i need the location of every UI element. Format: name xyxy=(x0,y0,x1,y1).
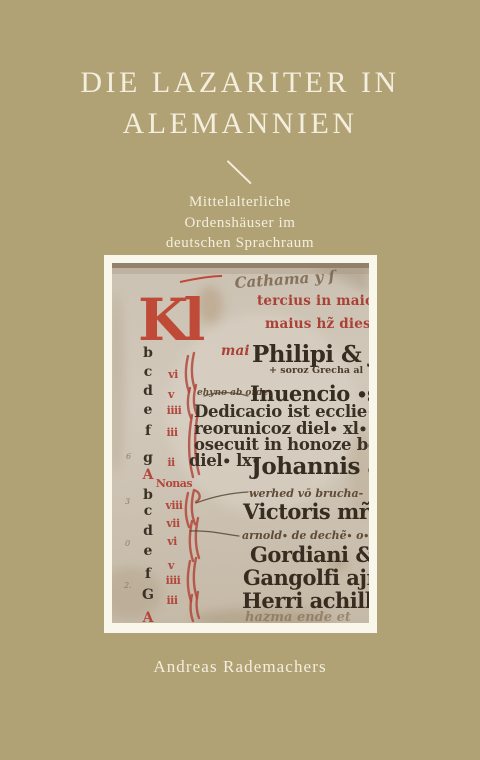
dominical-letter: e xyxy=(144,543,153,559)
roman-numeral: iii xyxy=(166,426,177,439)
dominical-letter: b xyxy=(143,345,153,361)
ms-dedication-4: diel∙ lx∙ xyxy=(189,451,260,470)
dominical-letter: d xyxy=(143,523,153,539)
dominical-letter: G xyxy=(142,587,154,603)
roman-numeral: v xyxy=(167,559,175,572)
margin-mark: 2. xyxy=(123,581,132,590)
manuscript-photo-frame: Kl b c d e f g A b c d e f G A xyxy=(104,255,377,633)
roman-numeral: viii xyxy=(165,499,183,512)
subtitle-line: deutschen Sprachraum xyxy=(0,233,480,254)
ms-entry-may1: Philipi & Ja xyxy=(252,341,369,368)
title-line-1: DIE LAZARITER IN xyxy=(0,62,480,103)
roman-numeral: v xyxy=(167,388,175,401)
subtitle-line: Mittelalterliche xyxy=(0,192,480,213)
roman-numeral: Nonas xyxy=(156,477,193,490)
roman-numeral: ii xyxy=(167,456,175,469)
book-title: DIE LAZARITER INALEMANNIEN xyxy=(0,62,480,144)
margin-mark: 3 xyxy=(125,497,130,506)
roman-numeral: vii xyxy=(165,517,180,530)
ms-red-days: maius hz̃ dies xxxi∙ xyxy=(265,316,369,332)
manuscript-photo: Kl b c d e f g A b c d e f G A xyxy=(112,263,369,623)
dominical-letter: A xyxy=(142,610,155,623)
author-name: Andreas Rademachers xyxy=(0,657,480,677)
kl-initial-text: Kl xyxy=(138,286,204,354)
diagonal-divider xyxy=(227,160,252,184)
roman-numeral: iii xyxy=(166,594,177,607)
dominical-letter: f xyxy=(145,423,152,439)
dominical-letter: d xyxy=(143,383,153,399)
roman-numeral: iiii xyxy=(167,404,182,417)
book-subtitle: Mittelalterliche Ordenshäuser im deutsch… xyxy=(0,192,480,254)
margin-mark: 0 xyxy=(125,539,130,548)
ms-may1-note: + soroz Grecha al xyxy=(269,365,363,376)
dominical-letter: b xyxy=(143,487,153,503)
ms-entry-may10: Gordiani & E xyxy=(250,542,369,567)
ms-entry-may8: Victoris mr̃∙ xyxy=(242,499,369,524)
dominical-letter: e xyxy=(144,402,153,418)
ms-note-arnold: arnold∙ de dechẽ∙ o∙ xyxy=(242,529,369,542)
dominical-letter: A xyxy=(142,467,155,483)
ms-entry-may6: Johannis apli xyxy=(249,453,369,480)
roman-numeral: vi xyxy=(166,535,177,548)
title-line-2: ALEMANNIEN xyxy=(0,103,480,144)
dominical-letter: c xyxy=(144,364,153,380)
book-cover: DIE LAZARITER INALEMANNIEN Mittelalterli… xyxy=(0,0,480,760)
dominical-letter: g xyxy=(143,450,153,466)
ms-scribble-bottom: hazma ende et xyxy=(245,610,351,623)
ms-red-verse: tercius in maio lupus xyxy=(257,293,369,309)
subtitle-line: Ordenshäuser im xyxy=(0,213,480,234)
dominical-letter: c xyxy=(144,503,153,519)
ms-entry-may11: Gangolfi ajr xyxy=(243,565,369,590)
margin-mark: 6 xyxy=(126,452,131,461)
roman-numeral: iiii xyxy=(166,574,181,587)
ms-may1-prefix: mai xyxy=(221,343,250,359)
dominical-letter: f xyxy=(145,566,152,582)
roman-numeral: vi xyxy=(167,368,178,381)
